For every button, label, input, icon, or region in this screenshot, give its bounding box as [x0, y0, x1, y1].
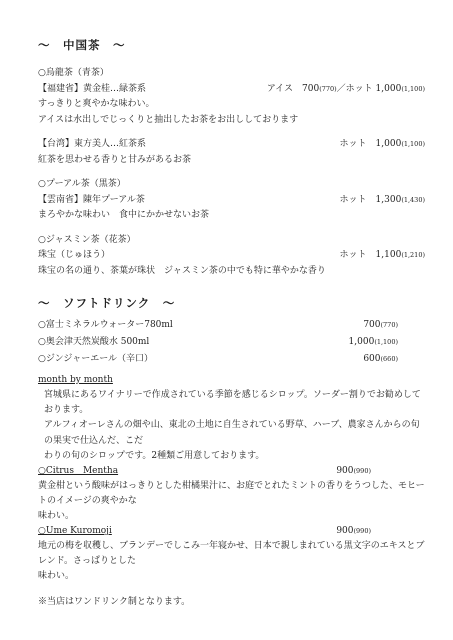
price-tax-included: (1,100) [401, 85, 425, 93]
month-by-month-title: month by month [38, 373, 425, 388]
tea-item-price: アイス 700(770)／ホット 1,000(1,100) [267, 82, 425, 98]
tea-item-description: すっきりと爽やかな味わい。 [38, 97, 425, 113]
month-items: ○Citrus Mentha900(990)黄金柑という酸味がはっきりとした柑橘… [38, 464, 425, 584]
month-intro-line: アルフィオーレさんの畑や山、東北の土地に自生されている野草、ハーブ、農家さんから… [38, 418, 425, 448]
tea-item-header: 【雲南省】陳年プーアル茶ホット 1,300(1,430) [38, 193, 425, 209]
tea-item-price: ホット 1,100(1,210) [340, 248, 425, 264]
month-intro-line: わりの旬のシロップです。2種類ご用意しております。 [38, 449, 425, 464]
month-item: ○Citrus Mentha900(990)黄金柑という酸味がはっきりとした柑橘… [38, 464, 425, 524]
tea-item-description: まろやかな味わい 食中にかかせないお茶 [38, 208, 425, 224]
tea-item-price: ホット 1,000(1,100) [340, 137, 425, 153]
tea-item-description: アイスは水出しでじっくりと抽出したお茶をお出ししております [38, 113, 425, 129]
tea-category: ○ジャスミン茶（花茶） [38, 233, 425, 249]
price-amount: 900 [336, 526, 353, 536]
price-amount: 900 [336, 466, 353, 476]
price-tax-included: (1,210) [401, 251, 425, 259]
one-drink-policy-note: ※当店はワンドリンク制となります。 [38, 594, 190, 607]
tea-item: 【台湾】東方美人…紅茶系ホット 1,000(1,100)紅茶を思わせる香りと甘み… [38, 137, 425, 168]
chinese-tea-section-title: ～ 中国茶 ～ [38, 38, 425, 52]
tea-item-name: 珠宝（じゅほう） [38, 248, 110, 264]
price-tax-included: (990) [354, 527, 371, 535]
softdrink-section-title: ～ ソフトドリンク ～ [38, 296, 425, 310]
price-tax-included: (660) [381, 355, 398, 363]
price-tax-included: (990) [354, 467, 371, 475]
month-item-description: 地元の梅を収穫し、ブランデーでしこみ一年寝かせ、日本で親しまれている黒文字のエキ… [38, 539, 425, 569]
month-item-description: 味わい。 [38, 509, 425, 524]
tea-item-name: 【台湾】東方美人…紅茶系 [38, 137, 146, 153]
price-tax-included: (1,100) [401, 140, 425, 148]
tea-item-header: 【福建省】黄金桂…緑茶系アイス 700(770)／ホット 1,000(1,100… [38, 82, 425, 98]
price-amount: 1,000 [349, 337, 375, 347]
month-item-header: ○Ume Kuromoji900(990) [38, 524, 425, 539]
month-item-name: ○Ume Kuromoji [38, 524, 112, 539]
tea-item-description: 珠宝の名の通り、茶葉が珠状 ジャスミン茶の中でも特に華やかな香り [38, 264, 425, 280]
softdrink-price: 700(770) [363, 318, 398, 334]
month-by-month-section: month by month 宮城県にあるワイナリーで作成されている季節を感じる… [38, 373, 425, 584]
softdrink-item: ○奥会津天然炭酸水 500ml1,000(1,100) [38, 334, 425, 351]
tea-item-description: 紅茶を思わせる香りと甘みがあるお茶 [38, 153, 425, 169]
price-tax-included: (1,430) [401, 196, 425, 204]
menu-page: ～ 中国茶 ～ ○烏龍茶（青茶）【福建省】黄金桂…緑茶系アイス 700(770)… [0, 0, 453, 640]
price-amount: ホット 1,100 [340, 250, 402, 260]
tea-item-price: ホット 1,300(1,430) [340, 193, 425, 209]
month-item-description: 味わい。 [38, 569, 425, 584]
softdrink-item: ○富士ミネラルウォーター780ml700(770) [38, 317, 425, 334]
month-item-price: 900(990) [336, 464, 425, 479]
softdrink-price: 1,000(1,100) [349, 335, 398, 351]
tea-item: 【福建省】黄金桂…緑茶系アイス 700(770)／ホット 1,000(1,100… [38, 82, 425, 129]
tea-item-name: 【雲南省】陳年プーアル茶 [38, 193, 145, 209]
tea-group: ○ジャスミン茶（花茶）珠宝（じゅほう）ホット 1,100(1,210)珠宝の名の… [38, 233, 425, 280]
price-tax-included: (770) [381, 321, 398, 329]
tea-item-name: 【福建省】黄金桂…緑茶系 [38, 82, 146, 98]
price-tax-included: (1,100) [374, 338, 398, 346]
menu-content: ～ 中国茶 ～ ○烏龍茶（青茶）【福建省】黄金桂…緑茶系アイス 700(770)… [38, 38, 425, 584]
month-item-header: ○Citrus Mentha900(990) [38, 464, 425, 479]
tea-item-header: 珠宝（じゅほう）ホット 1,100(1,210) [38, 248, 425, 264]
month-item-description: 黄金柑という酸味がはっきりとした柑橘果汁に、お庭でとれたミントの香りをうつした、… [38, 479, 425, 509]
month-item: ○Ume Kuromoji900(990)地元の梅を収穫し、ブランデーでしこみ一… [38, 524, 425, 584]
tea-group: ○プーアル茶（黒茶）【雲南省】陳年プーアル茶ホット 1,300(1,430)まろ… [38, 177, 425, 224]
softdrink-items: ○富士ミネラルウォーター780ml700(770)○奥会津天然炭酸水 500ml… [38, 317, 425, 368]
tea-item: 【雲南省】陳年プーアル茶ホット 1,300(1,430)まろやかな味わい 食中に… [38, 193, 425, 224]
price-amount: ホット 1,000 [340, 139, 402, 149]
month-item-price: 900(990) [336, 524, 425, 539]
month-intro-line: 宮城県にあるワイナリーで作成されている季節を感じるシロップ。ソーダー割りでお勧め… [38, 388, 425, 418]
tea-group: ○烏龍茶（青茶）【福建省】黄金桂…緑茶系アイス 700(770)／ホット 1,0… [38, 66, 425, 168]
tea-category: ○烏龍茶（青茶） [38, 66, 425, 82]
softdrink-name: ○ジンジャーエール（辛口） [38, 351, 153, 368]
softdrink-name: ○奥会津天然炭酸水 500ml [38, 334, 149, 351]
tea-item-header: 【台湾】東方美人…紅茶系ホット 1,000(1,100) [38, 137, 425, 153]
tea-groups: ○烏龍茶（青茶）【福建省】黄金桂…緑茶系アイス 700(770)／ホット 1,0… [38, 66, 425, 279]
tea-category: ○プーアル茶（黒茶） [38, 177, 425, 193]
price-amount: ホット 1,300 [340, 195, 402, 205]
price-amount: 700 [363, 320, 380, 330]
price-tax-included: (770) [319, 85, 336, 93]
price-amount: 600 [363, 354, 380, 364]
softdrink-price: 600(660) [363, 352, 398, 368]
month-item-name: ○Citrus Mentha [38, 464, 118, 479]
price-amount: ／ホット 1,000 [337, 84, 402, 94]
softdrink-item: ○ジンジャーエール（辛口）600(660) [38, 351, 425, 368]
price-amount: アイス 700 [267, 84, 319, 94]
softdrink-name: ○富士ミネラルウォーター780ml [38, 317, 173, 334]
tea-item: 珠宝（じゅほう）ホット 1,100(1,210)珠宝の名の通り、茶葉が珠状 ジャ… [38, 248, 425, 279]
